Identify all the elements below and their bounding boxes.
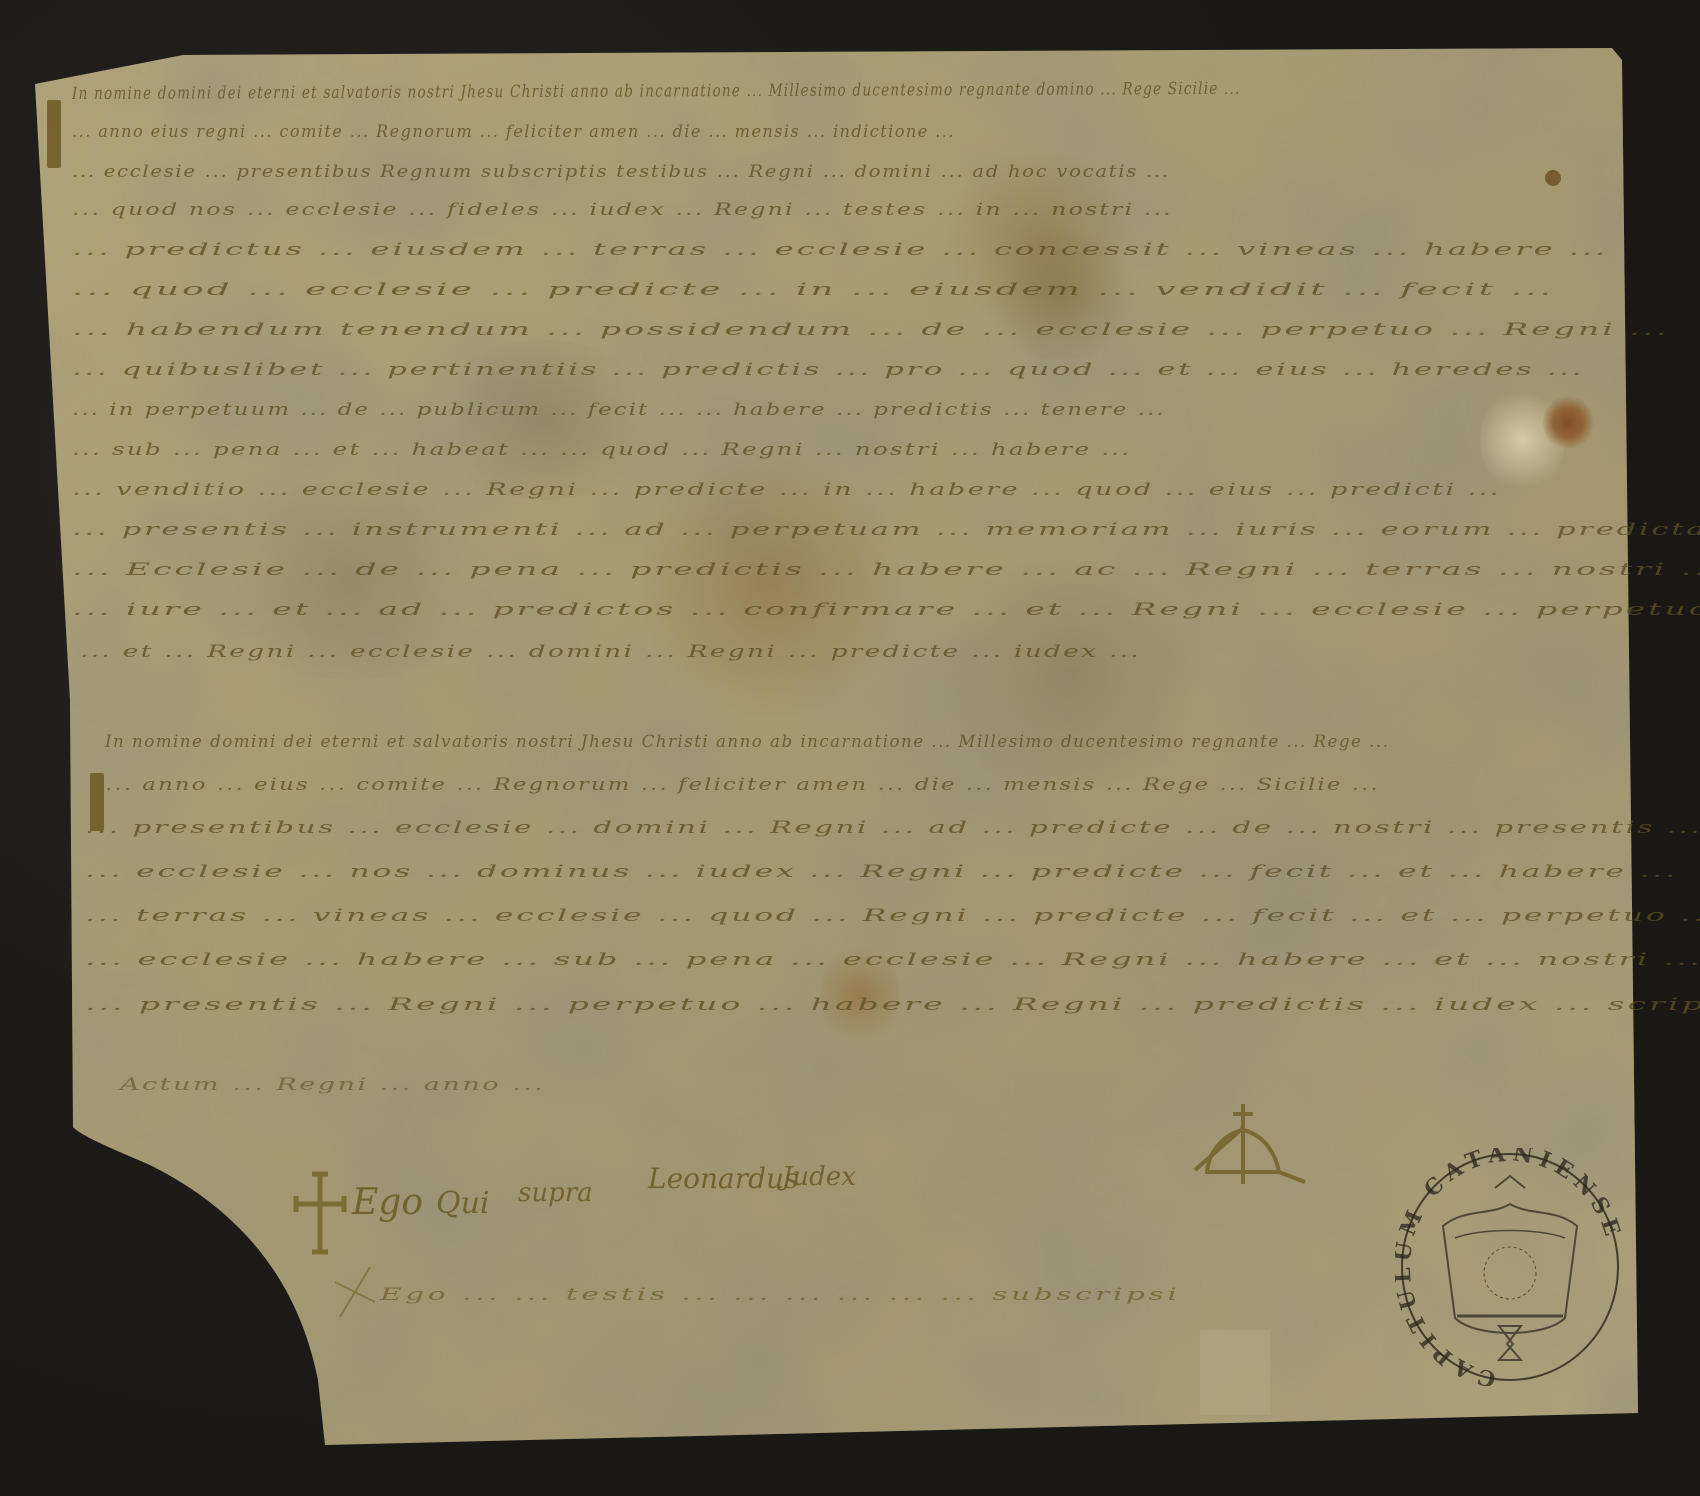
text-line: ... Ecclesie ... de ... pena ... predict… (72, 560, 1700, 580)
text-line: ... venditio ... ecclesie ... Regni ... … (72, 480, 1501, 500)
text-line: ... anno eius regni ... comite ... Regno… (72, 122, 955, 142)
text-line: ... anno ... eius ... comite ... Regnoru… (105, 775, 1380, 795)
text-line: ... habendum tenendum ... possidendum ..… (72, 320, 1670, 340)
text-line: ... quod nos ... ecclesie ... fideles ..… (72, 200, 1173, 220)
seal-legend: CAPITULUM CATANIENSE (1395, 1148, 1625, 1386)
decorated-initial: I (47, 100, 61, 168)
text-line: ... terras ... vineas ... ecclesie ... q… (85, 906, 1700, 926)
cross-icon (330, 1262, 380, 1322)
coat-of-arms-icon (1443, 1176, 1577, 1360)
text-line: ... quod ... ecclesie ... predicte ... i… (72, 280, 1554, 300)
svg-text:CAPITULUM CATANIENSE: CAPITULUM CATANIENSE (1395, 1148, 1625, 1386)
subscription-word: Qui (436, 1186, 490, 1221)
subscription-word: Judex (782, 1162, 856, 1192)
text-line: ... predictus ... eiusdem ... terras ...… (72, 240, 1608, 260)
cross-icon (292, 1170, 348, 1258)
text-line: ... ecclesie ... presentibus Regnum subs… (72, 162, 1170, 182)
subscription-word: Ego (352, 1182, 423, 1223)
text-line: ... in perpetuum ... de ... publicum ...… (72, 400, 1166, 420)
text-line: ... sub ... pena ... et ... habeat ... .… (72, 440, 1131, 460)
text-line: ... presentis ... Regni ... perpetuo ...… (85, 995, 1700, 1015)
subscription-word: Leonardus (648, 1162, 798, 1195)
date-line: Actum ... Regni ... anno ... (120, 1075, 545, 1095)
text-line: ... ecclesie ... habere ... sub ... pena… (85, 950, 1700, 970)
chapter-seal-stamp: CAPITULUM CATANIENSE (1395, 1148, 1625, 1386)
text-line: ... presentibus ... ecclesie ... domini … (85, 818, 1700, 838)
text-line: In nomine domini dei eterni et salvatori… (105, 732, 1389, 752)
notarial-sign-icon (1185, 1100, 1315, 1190)
text-line: ... presentis ... instrumenti ... ad ...… (72, 520, 1700, 540)
text-line: ... iure ... et ... ad ... predictos ...… (72, 600, 1700, 620)
subscription-text: Ego ... ... testis ... ... ... ... ... .… (380, 1285, 1180, 1305)
text-line: ... quibuslibet ... pertinentiis ... pre… (72, 360, 1584, 380)
subscription-word: supra (518, 1178, 593, 1208)
text-line: ... ecclesie ... nos ... dominus ... iud… (85, 862, 1678, 882)
text-line: ... et ... Regni ... ecclesie ... domini… (80, 642, 1141, 662)
